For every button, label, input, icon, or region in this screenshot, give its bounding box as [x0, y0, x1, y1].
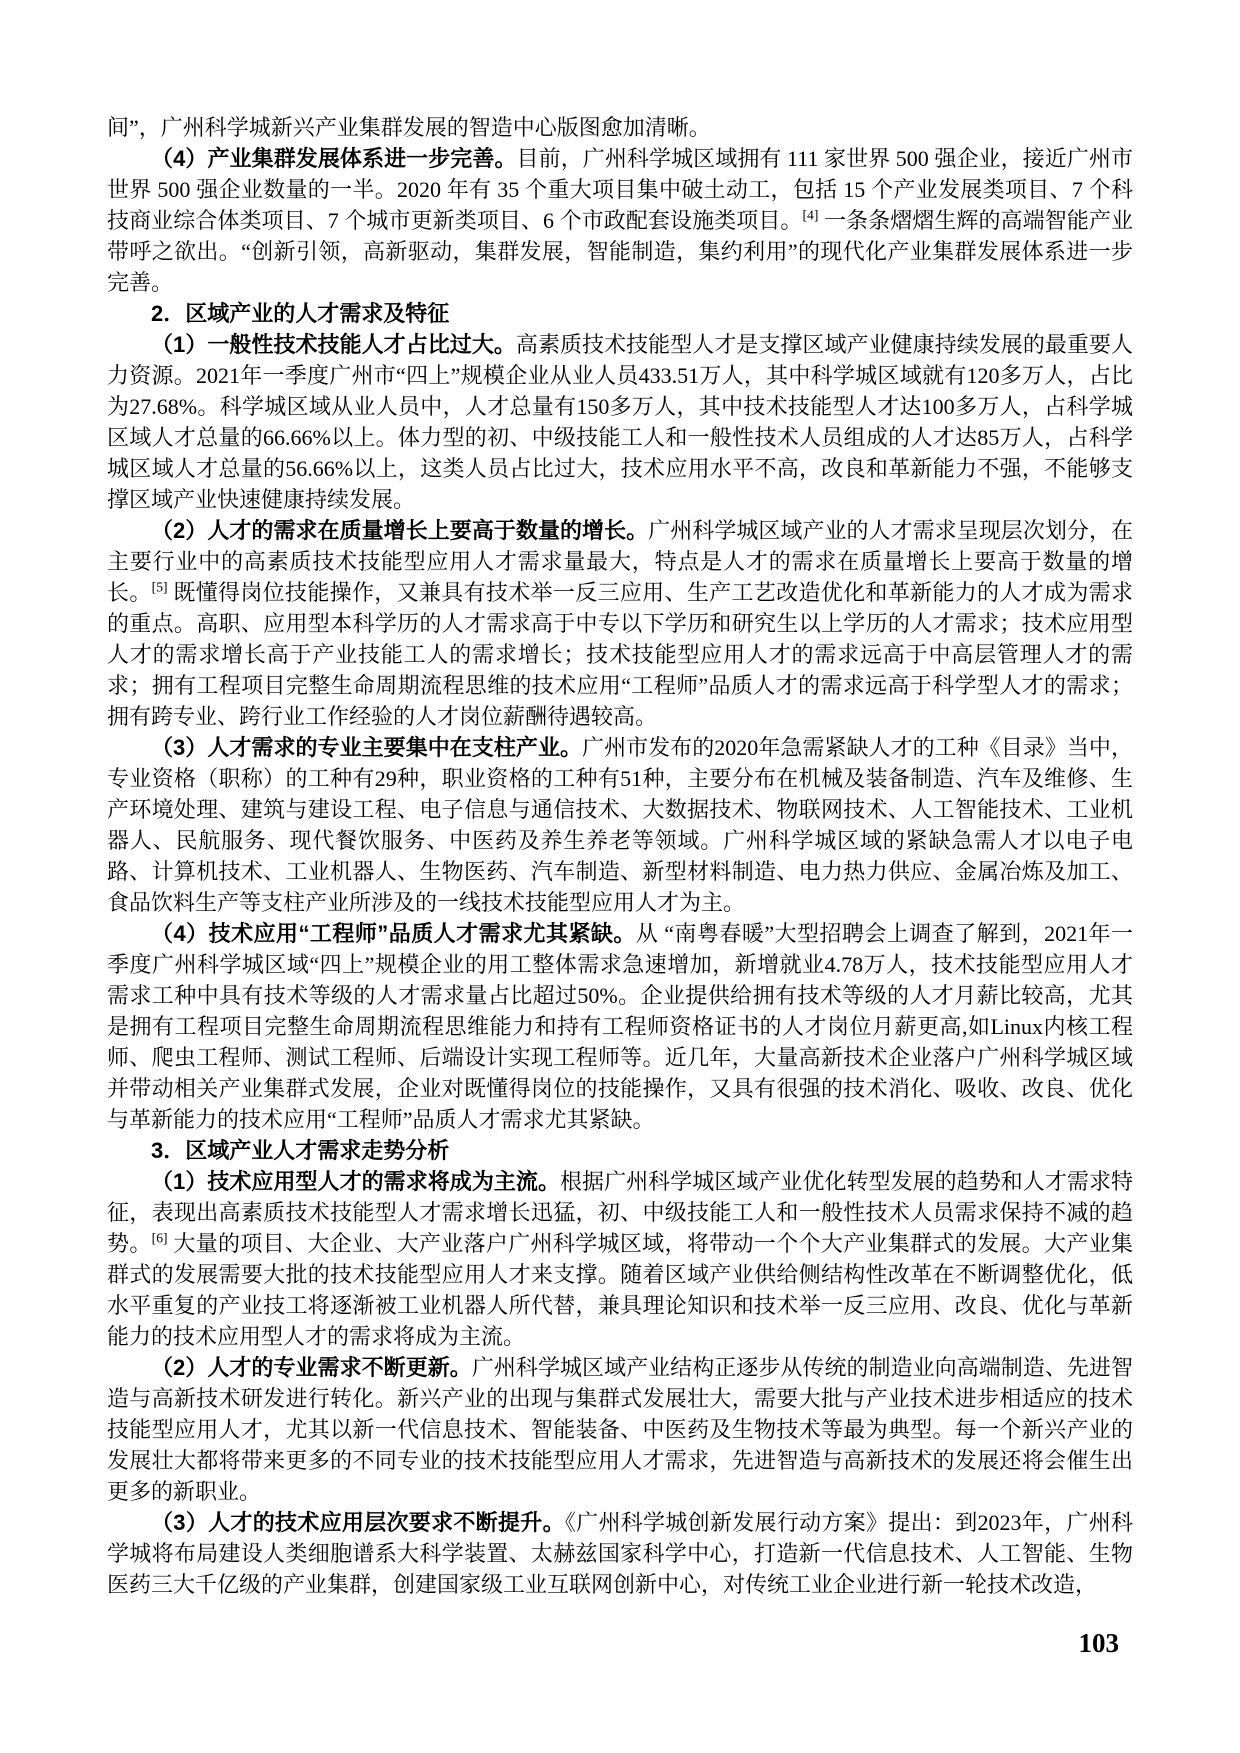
paragraph-text: 高素质技术技能型人才是支撑区域产业健康持续发展的最重要人力资源。2021年一季度… — [107, 332, 1133, 512]
section-heading: 3．区域产业人才需求走势分析 — [107, 1135, 1133, 1166]
body-paragraph: （4）技术应用“工程师”品质人才需求尤其紧缺。从 “南粤春暖”大型招聘会上调查了… — [107, 918, 1133, 1135]
body-paragraph: （1）技术应用型人才的需求将成为主流。根据广州科学城区域产业优化转型发展的趋势和… — [107, 1166, 1133, 1352]
footnote-ref: [4] — [803, 208, 819, 223]
footnote-ref: [6] — [152, 1231, 168, 1246]
page-number: 103 — [107, 1628, 1133, 1659]
paragraph-text: 既懂得岗位技能操作，又兼具有技术举一反三应用、生产工艺改造优化和革新能力的人才成… — [107, 580, 1133, 729]
paragraph-lead: （1）技术应用型人才的需求将成为主流。 — [151, 1169, 560, 1194]
document-body: 间”，广州科学城新兴产业集群发展的智造中心版图愈加清晰。（4）产业集群发展体系进… — [107, 112, 1133, 1600]
body-paragraph: （3）人才需求的专业主要集中在支柱产业。广州市发布的2020年急需紧缺人才的工种… — [107, 732, 1133, 918]
section-heading: 2．区域产业的人才需求及特征 — [107, 298, 1133, 329]
paragraph-lead: （4）技术应用“工程师”品质人才需求尤其紧缺。 — [151, 921, 636, 946]
body-paragraph: 间”，广州科学城新兴产业集群发展的智造中心版图愈加清晰。 — [107, 112, 1133, 143]
body-paragraph: （3）人才的技术应用层次要求不断提升。《广州科学城创新发展行动方案》提出：到20… — [107, 1507, 1133, 1600]
document-page: 间”，广州科学城新兴产业集群发展的智造中心版图愈加清晰。（4）产业集群发展体系进… — [0, 0, 1240, 1753]
body-paragraph: （2）人才的需求在质量增长上要高于数量的增长。广州科学城区域产业的人才需求呈现层… — [107, 515, 1133, 732]
paragraph-lead: 2．区域产业的人才需求及特征 — [151, 301, 449, 326]
paragraph-lead: （2）人才的需求在质量增长上要高于数量的增长。 — [151, 518, 648, 543]
paragraph-lead: （3）人才需求的专业主要集中在支柱产业。 — [151, 735, 582, 760]
paragraph-lead: （2）人才的专业需求不断更新。 — [151, 1355, 472, 1380]
body-paragraph: （2）人才的专业需求不断更新。广州科学城区域产业结构正逐步从传统的制造业向高端制… — [107, 1352, 1133, 1507]
paragraph-lead: （4）产业集群发展体系进一步完善。 — [151, 146, 517, 171]
paragraph-text: 大量的项目、大企业、大产业落户广州科学城区域，将带动一个个大产业集群式的发展。大… — [107, 1231, 1133, 1349]
body-paragraph: （4）产业集群发展体系进一步完善。目前，广州科学城区域拥有 111 家世界 50… — [107, 143, 1133, 298]
paragraph-text: 广州市发布的2020年急需紧缺人才的工种《目录》当中，专业资格（职称）的工种有2… — [107, 735, 1133, 915]
footnote-ref: [5] — [152, 580, 168, 595]
paragraph-lead: （3）人才的技术应用层次要求不断提升。 — [151, 1510, 565, 1535]
paragraph-lead: 3．区域产业人才需求走势分析 — [151, 1138, 449, 1163]
paragraph-text: 间”，广州科学城新兴产业集群发展的智造中心版图愈加清晰。 — [107, 115, 711, 140]
paragraph-lead: （1）一般性技术技能人才占比过大。 — [151, 332, 516, 357]
body-paragraph: （1）一般性技术技能人才占比过大。高素质技术技能型人才是支撑区域产业健康持续发展… — [107, 329, 1133, 515]
paragraph-text: 从 “南粤春暖”大型招聘会上调查了解到，2021年一季度广州科学城区域“四上”规… — [107, 921, 1133, 1132]
